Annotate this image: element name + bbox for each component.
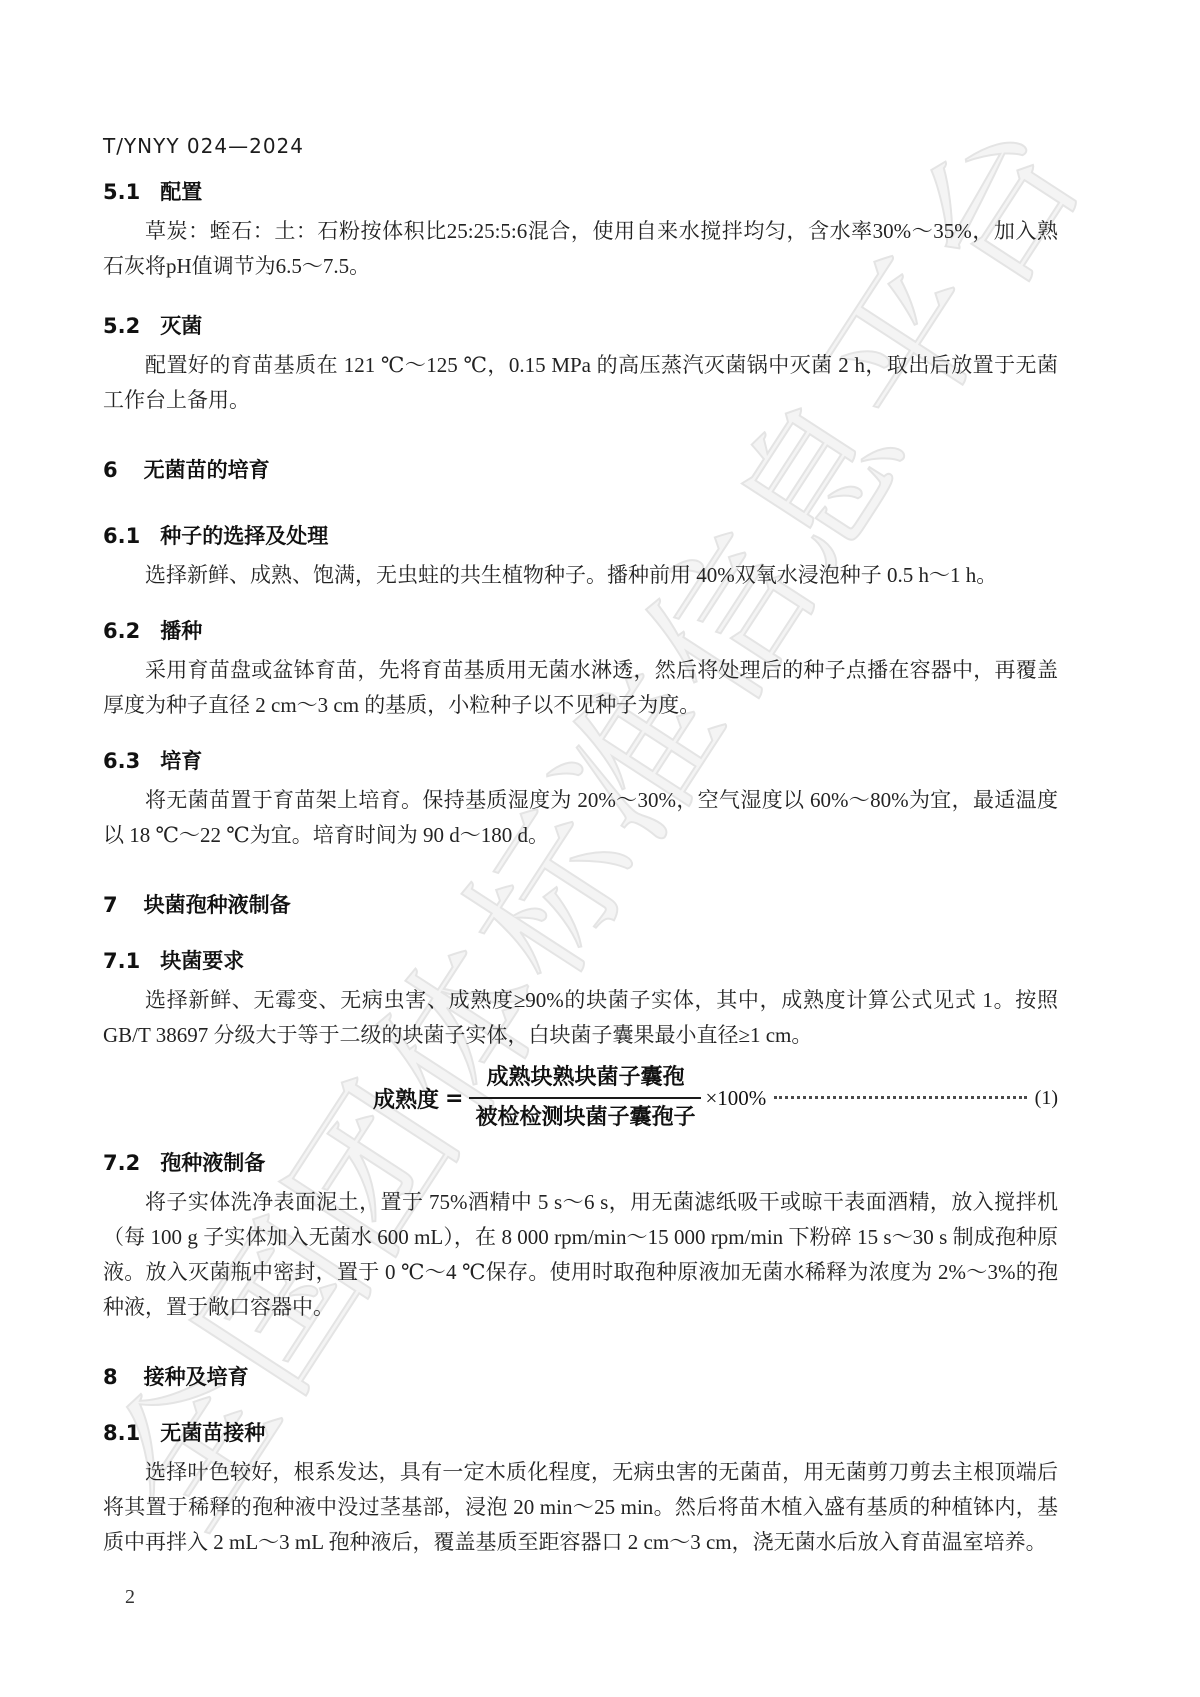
section-number: 6.2 (103, 617, 140, 645)
maturity-formula: 成熟度 = 成熟块熟块菌子囊孢 被检检测块菌子囊孢子 ×100% (1) (373, 1063, 1058, 1133)
section-title: 配置 (160, 180, 202, 204)
section-number: 6.1 (103, 522, 140, 550)
section-7-1-heading: 7.1块菌要求 (103, 947, 1058, 975)
section-5-2-body: 配置好的育苗基质在 121 ℃～125 ℃，0.15 MPa 的高压蒸汽灭菌锅中… (103, 348, 1058, 418)
section-number: 7.2 (103, 1149, 140, 1177)
section-6-1-body: 选择新鲜、成熟、饱满，无虫蛀的共生植物种子。播种前用 40%双氧水浸泡种子 0.… (103, 558, 1058, 593)
section-title: 播种 (160, 619, 202, 643)
section-6-2-heading: 6.2播种 (103, 617, 1058, 645)
section-5-1-heading: 5.1配置 (103, 178, 1058, 206)
section-title: 无菌苗的培育 (144, 458, 270, 482)
section-title: 灭菌 (160, 314, 202, 338)
section-title: 孢种液制备 (160, 1151, 265, 1175)
section-title: 块菌要求 (160, 949, 244, 973)
section-title: 无菌苗接种 (160, 1421, 265, 1445)
section-7-heading: 7块菌孢种液制备 (103, 891, 1058, 919)
section-8-heading: 8接种及培育 (103, 1363, 1058, 1391)
section-7-1-body: 选择新鲜、无霉变、无病虫害、成熟度≥90%的块菌子实体，其中，成熟度计算公式见式… (103, 983, 1058, 1053)
section-5-1-body: 草炭：蛭石：土：石粉按体积比25:25:5:6混合，使用自来水搅拌均匀，含水率3… (103, 214, 1058, 284)
section-5-2-heading: 5.2灭菌 (103, 312, 1058, 340)
section-6-3-body: 将无菌苗置于育苗架上培育。保持基质湿度为 20%～30%，空气湿度以 60%～8… (103, 783, 1058, 853)
section-6-heading: 6无菌苗的培育 (103, 456, 1058, 484)
section-number: 8.1 (103, 1419, 140, 1447)
dot-leader (774, 1096, 1026, 1099)
document-page: 全国团体标准信息平台 T/YNYY 024—2024 5.1配置 草炭：蛭石：土… (0, 0, 1200, 1697)
section-title: 块菌孢种液制备 (144, 893, 291, 917)
section-number: 5.2 (103, 312, 140, 340)
formula-lhs: 成熟度 (373, 1083, 439, 1114)
formula-numerator: 成熟块熟块菌子囊孢 (469, 1063, 701, 1099)
section-number: 6.3 (103, 747, 140, 775)
section-title: 接种及培育 (144, 1365, 249, 1389)
section-number: 8 (103, 1363, 118, 1391)
section-6-1-heading: 6.1种子的选择及处理 (103, 522, 1058, 550)
section-6-2-body: 采用育苗盘或盆钵育苗，先将育苗基质用无菌水淋透，然后将处理后的种子点播在容器中，… (103, 653, 1058, 723)
page-number: 2 (125, 1586, 1058, 1609)
section-number: 5.1 (103, 178, 140, 206)
formula-denominator: 被检检测块菌子囊孢子 (469, 1099, 701, 1133)
section-title: 培育 (160, 749, 202, 773)
section-8-1-heading: 8.1无菌苗接种 (103, 1419, 1058, 1447)
section-7-2-heading: 7.2孢种液制备 (103, 1149, 1058, 1177)
section-number: 7 (103, 891, 118, 919)
page-content: T/YNYY 024—2024 5.1配置 草炭：蛭石：土：石粉按体积比25:2… (0, 0, 1200, 1609)
fraction: 成熟块熟块菌子囊孢 被检检测块菌子囊孢子 (469, 1063, 701, 1133)
equals-sign: = (445, 1086, 463, 1111)
section-number: 7.1 (103, 947, 140, 975)
doc-number: T/YNYY 024—2024 (103, 134, 1058, 158)
formula-number: (1) (1035, 1087, 1058, 1110)
section-7-2-body: 将子实体洗净表面泥土，置于 75%酒精中 5 s～6 s，用无菌滤纸吸干或晾干表… (103, 1185, 1058, 1325)
section-number: 6 (103, 456, 118, 484)
section-8-1-body: 选择叶色较好，根系发达，具有一定木质化程度，无病虫害的无菌苗，用无菌剪刀剪去主根… (103, 1455, 1058, 1560)
section-6-3-heading: 6.3培育 (103, 747, 1058, 775)
formula-multiplier: ×100% (705, 1086, 766, 1111)
section-title: 种子的选择及处理 (160, 524, 328, 548)
